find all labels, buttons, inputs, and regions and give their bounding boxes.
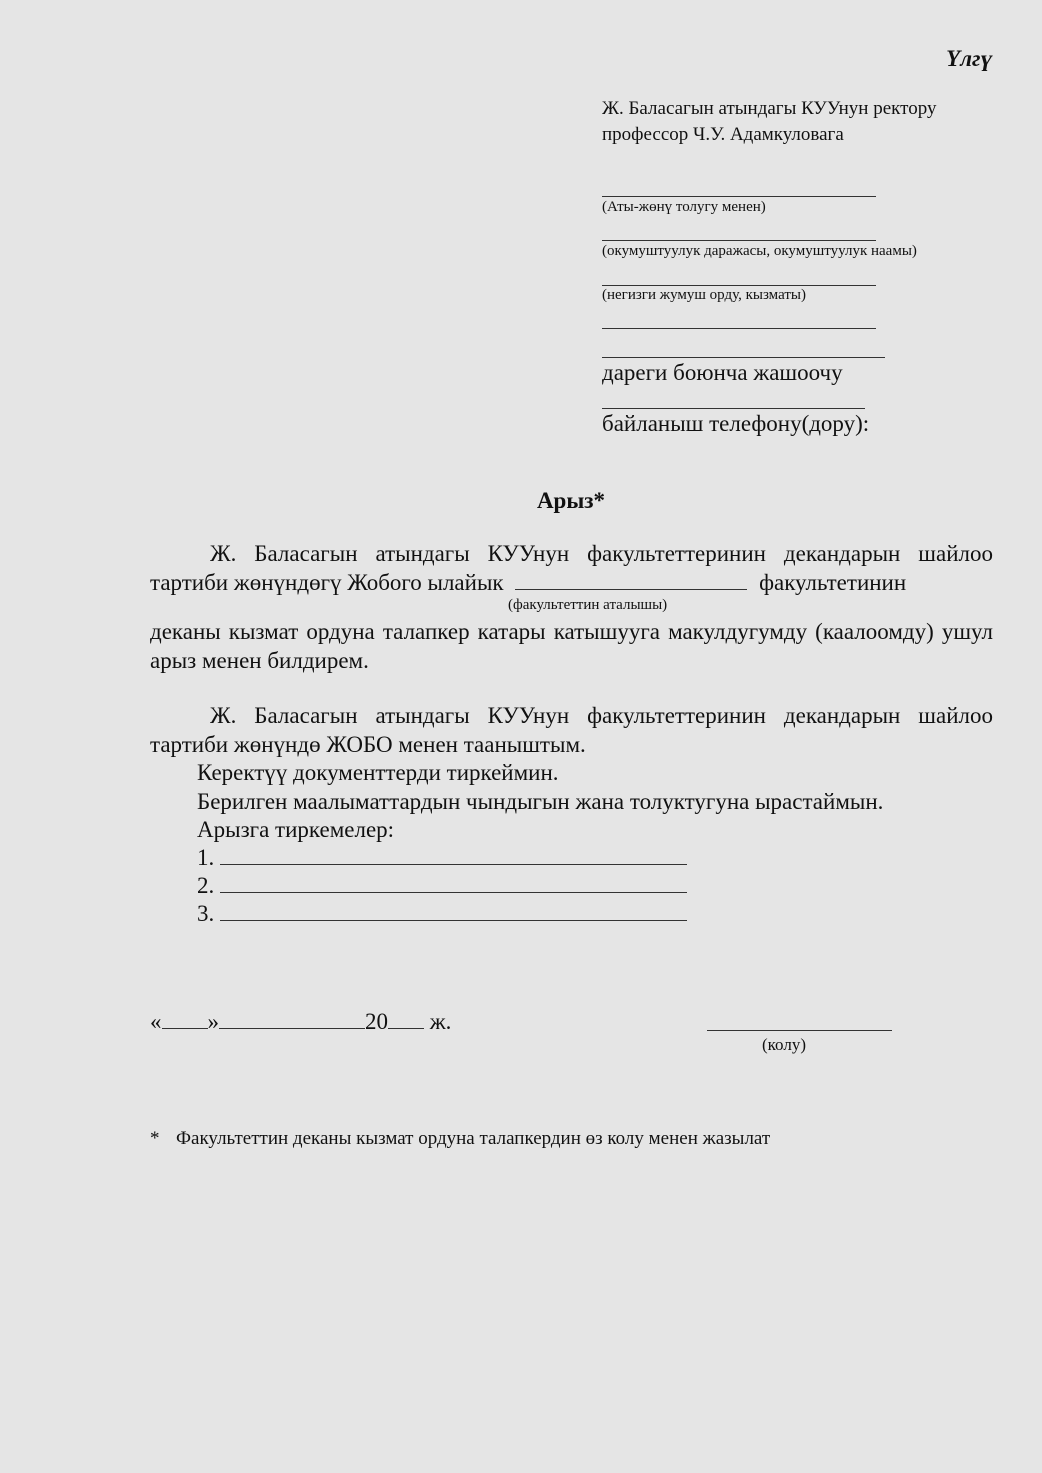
phone-caption: байланыш телефону(дору): bbox=[602, 411, 869, 437]
addressee-line-2: профессор Ч.У. Адамкуловага bbox=[602, 122, 936, 148]
signature-blank[interactable] bbox=[707, 1030, 892, 1031]
year-blank[interactable] bbox=[388, 1010, 424, 1029]
attachment-blank-1[interactable] bbox=[220, 846, 687, 865]
workplace-caption: (негизги жумуш орду, кызматы) bbox=[602, 287, 806, 304]
footnote-text: Факультеттин деканы кызмат ордуна талапк… bbox=[176, 1128, 770, 1149]
address-caption: дареги боюнча жашоочу bbox=[602, 360, 843, 386]
document-title: Арыз* bbox=[0, 488, 1042, 514]
day-blank[interactable] bbox=[162, 1010, 208, 1029]
para1-line2-start: тартиби жөнүндөгү Жобого ылайык bbox=[150, 570, 504, 595]
faculty-caption: (факультеттин аталышы) bbox=[508, 597, 667, 614]
faculty-name-blank[interactable] bbox=[515, 571, 747, 590]
attachment-number: 2. bbox=[197, 873, 214, 898]
degree-blank[interactable] bbox=[602, 240, 876, 241]
month-blank[interactable] bbox=[219, 1010, 365, 1029]
date-close-quote: » bbox=[208, 1009, 220, 1034]
attachment-number: 3. bbox=[197, 901, 214, 926]
attachment-number: 1. bbox=[197, 845, 214, 870]
para1-line2-end: факультетинин bbox=[759, 570, 906, 595]
attachment-blank-2[interactable] bbox=[220, 874, 687, 893]
phone-blank[interactable] bbox=[602, 408, 865, 409]
workplace-blank[interactable] bbox=[602, 285, 876, 286]
date-line: «»20 ж. bbox=[150, 1007, 451, 1036]
para1-line2: тартиби жөнүндөгү Жобого ылайык факульте… bbox=[150, 568, 906, 597]
address-blank[interactable] bbox=[602, 357, 885, 358]
footnote: *Факультеттин деканы кызмат ордуна талап… bbox=[150, 1128, 770, 1150]
attachments-label: Арызга тиркемелер: bbox=[197, 815, 394, 844]
footnote-mark: * bbox=[150, 1128, 176, 1150]
addressee-block: Ж. Баласагын атындагы КУУнун ректору про… bbox=[602, 96, 936, 148]
date-open-quote: « bbox=[150, 1009, 162, 1034]
attachment-item-1: 1. bbox=[197, 843, 687, 872]
attachment-item-2: 2. bbox=[197, 871, 687, 900]
para2: Ж. Баласагын атындагы КУУнун факультетте… bbox=[150, 701, 993, 759]
degree-caption: (окумуштуулук даражасы, окумуштуулук наа… bbox=[602, 243, 917, 260]
documents-line: Керектүү документтерди тиркеймин. bbox=[197, 758, 559, 787]
full-name-blank[interactable] bbox=[602, 196, 876, 197]
addressee-line-1: Ж. Баласагын атындагы КУУнун ректору bbox=[602, 96, 936, 122]
full-name-caption: (Аты-жөнү толугу менен) bbox=[602, 199, 766, 216]
attachment-item-3: 3. bbox=[197, 899, 687, 928]
para1-line1: Ж. Баласагын атындагы КУУнун факультетте… bbox=[150, 539, 993, 568]
date-century: 20 bbox=[365, 1009, 388, 1034]
attachment-blank-3[interactable] bbox=[220, 902, 687, 921]
confirm-line: Берилген маалыматтардын чындыгын жана то… bbox=[197, 787, 883, 816]
date-year-suffix: ж. bbox=[430, 1009, 452, 1034]
sample-label: Үлгү bbox=[946, 46, 992, 72]
workplace-blank-2[interactable] bbox=[602, 328, 876, 329]
para1-rest: деканы кызмат ордуна талапкер катары кат… bbox=[150, 617, 993, 675]
signature-caption: (колу) bbox=[762, 1035, 806, 1055]
